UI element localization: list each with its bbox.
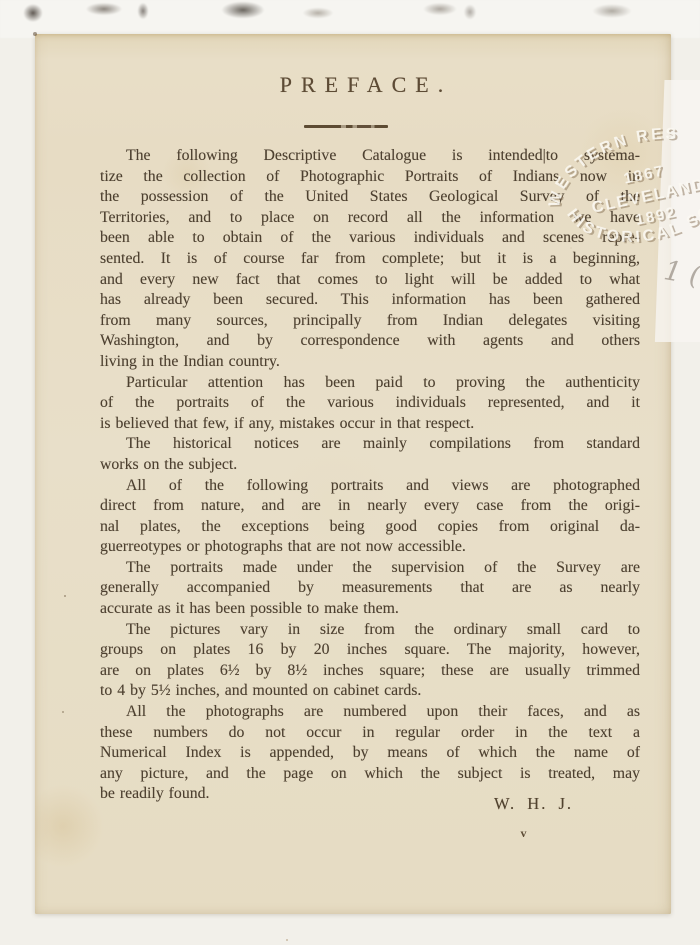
- text-line: has already been secured. This informati…: [100, 290, 640, 311]
- text-line: generally accompanied by measurements th…: [100, 578, 640, 599]
- page-number: v: [500, 826, 548, 841]
- text-line: direct from nature, and are in nearly ev…: [100, 496, 640, 517]
- book-binding-edge-smudges: [0, 0, 700, 38]
- text-line: to 4 by 5½ inches, and mounted on cabine…: [100, 681, 640, 702]
- text-line: from many sources, principally from Indi…: [100, 311, 640, 332]
- text-line: are on plates 6½ by 8½ inches square; th…: [100, 661, 640, 682]
- text-line: living in the Indian country.: [100, 352, 640, 373]
- text-line: works on the subject.: [100, 455, 640, 476]
- text-line: any picture, and the page on which the s…: [100, 764, 640, 785]
- paragraph: The pictures vary in size from the ordin…: [100, 620, 640, 702]
- paragraph: The portraits made under the supervision…: [100, 558, 640, 620]
- paragraph: The historical notices are mainly compil…: [100, 434, 640, 475]
- page-title: PREFACE.: [96, 72, 636, 98]
- text-line: of the portraits of the various individu…: [100, 393, 640, 414]
- text-line: Particular attention has been paid to pr…: [100, 373, 640, 394]
- text-line: All of the following portraits and views…: [100, 476, 640, 497]
- text-line: is believed that few, if any, mistakes o…: [100, 414, 640, 435]
- text-line: The pictures vary in size from the ordin…: [100, 620, 640, 641]
- text-line: nal plates, the exceptions being good co…: [100, 517, 640, 538]
- signature: W. H. J.: [100, 794, 573, 814]
- text-line: accurate as it has been possible to make…: [100, 599, 640, 620]
- paper-stain: [33, 32, 37, 36]
- paragraph: All of the following portraits and views…: [100, 476, 640, 558]
- embossed-stamp: WESTERN RES 1867 CLEVELAND 1892 HISTORIC…: [548, 118, 700, 274]
- text-line: Washington, and by correspondence with a…: [100, 331, 640, 352]
- text-line: guerreotypes or photographs that are not…: [100, 537, 640, 558]
- text-line: groups on plates 16 by 20 inches square.…: [100, 640, 640, 661]
- text-line: Numerical Index is appended, by means of…: [100, 743, 640, 764]
- text-line: these numbers do not occur in regular or…: [100, 723, 640, 744]
- paragraph: Particular attention has been paid to pr…: [100, 373, 640, 435]
- pencil-margin-mark: 1 (: [662, 255, 700, 292]
- scanned-page-photo: PREFACE. The following Descriptive Catal…: [0, 0, 700, 945]
- text-line: The historical notices are mainly compil…: [100, 434, 640, 455]
- title-rule: [304, 125, 388, 128]
- text-line: The portraits made under the supervision…: [100, 558, 640, 579]
- paragraph: All the photographs are numbered upon th…: [100, 702, 640, 805]
- text-line: All the photographs are numbered upon th…: [100, 702, 640, 723]
